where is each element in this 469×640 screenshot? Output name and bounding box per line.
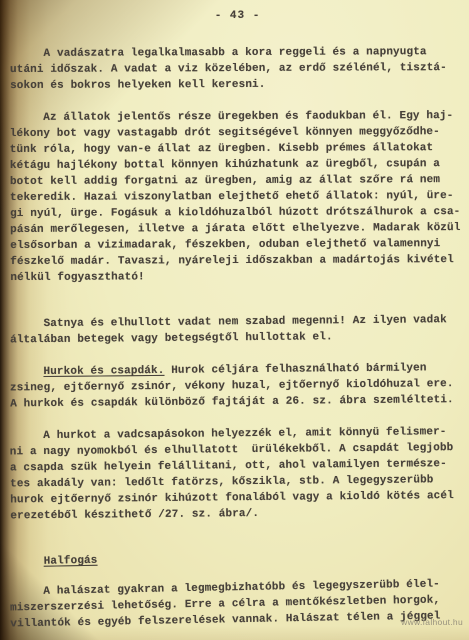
fishing-heading-label: Halfogás [44, 555, 98, 568]
scanned-book-page: - 43 - A vadászatra legalkalmasabb a kor… [0, 0, 469, 640]
text-line: fészkelő madár. Tavaszi, nyáreleji idősz… [10, 252, 465, 270]
text-line: nélkül fogyasztható! [10, 268, 465, 286]
snares-traps-first-line-text: Hurok céljára felhasználható bármilyen [164, 362, 426, 377]
snares-traps-body: zsineg, ejtőernyő zsinór, vékony huzal, … [10, 376, 465, 412]
paragraph-burrow-animals: Az állatok jelentős része üregekben és f… [10, 108, 466, 286]
snares-traps-inline-heading: Hurkok és csapdák. [43, 365, 164, 378]
text-line: általában betegek vagy betegségtől hullo… [10, 328, 465, 348]
paragraph-fishing: A halászat gyakran a legmegbizhatóbb és … [10, 576, 466, 632]
text-line: elsősorban a vizimadarak, fészekben, odu… [10, 236, 465, 254]
text-line: tekeredik. Hazai viszonylatban elejthető… [10, 188, 465, 206]
text-line: sokon és bokros helyeken kell keresni. [10, 76, 465, 94]
text-line: lékony bot vagy vastagabb drót segitségé… [10, 124, 465, 142]
fishing-heading-line: Halfogás [10, 546, 465, 570]
text-line: botot kell addig forgatni az üregben, am… [10, 172, 465, 190]
text-line: Az állatok jelentős része üregekben és f… [10, 108, 465, 126]
text-line: tünk róla, hogy van-e állat az üregben. … [10, 140, 465, 158]
text-line: A vadászatra legalkalmasabb a kora regge… [10, 44, 465, 62]
text-line: A hurkok és csapdák különböző fajtáját a… [10, 392, 465, 412]
watermark: www.falhout.hu [401, 617, 463, 627]
text-line: gi nyúl, ürge. Fogásuk a kioldóhuzalból … [10, 204, 465, 222]
text-line: erezetéből készithető /27. sz. ábra/. [10, 504, 465, 524]
first-line-indent [10, 366, 44, 378]
heading-fishing: Halfogás [10, 546, 465, 570]
page-content: - 43 - A vadászatra legalkalmasabb a kor… [0, 0, 469, 624]
paragraph-trap-placement: A hurkot a vadcsapásokon helyezzék el, a… [10, 424, 466, 524]
paragraph-sick-game-warning: Satnya és elhullott vadat nem szabad meg… [10, 312, 465, 348]
paragraph-hunting-time: A vadászatra legalkalmasabb a kora regge… [10, 44, 465, 94]
paragraph-snares-and-traps: Hurkok és csapdák. Hurok céljára felhasz… [10, 360, 465, 412]
text-line: utáni időszak. A vadat a viz közelében, … [10, 60, 465, 78]
text-line: pásán merőlegesen, illetve a járata előt… [10, 220, 465, 238]
heading-indent [10, 556, 44, 569]
text-line: kétágu hajlékony bottal könnyen kihúzhat… [10, 156, 465, 174]
page-number: - 43 - [10, 8, 465, 24]
